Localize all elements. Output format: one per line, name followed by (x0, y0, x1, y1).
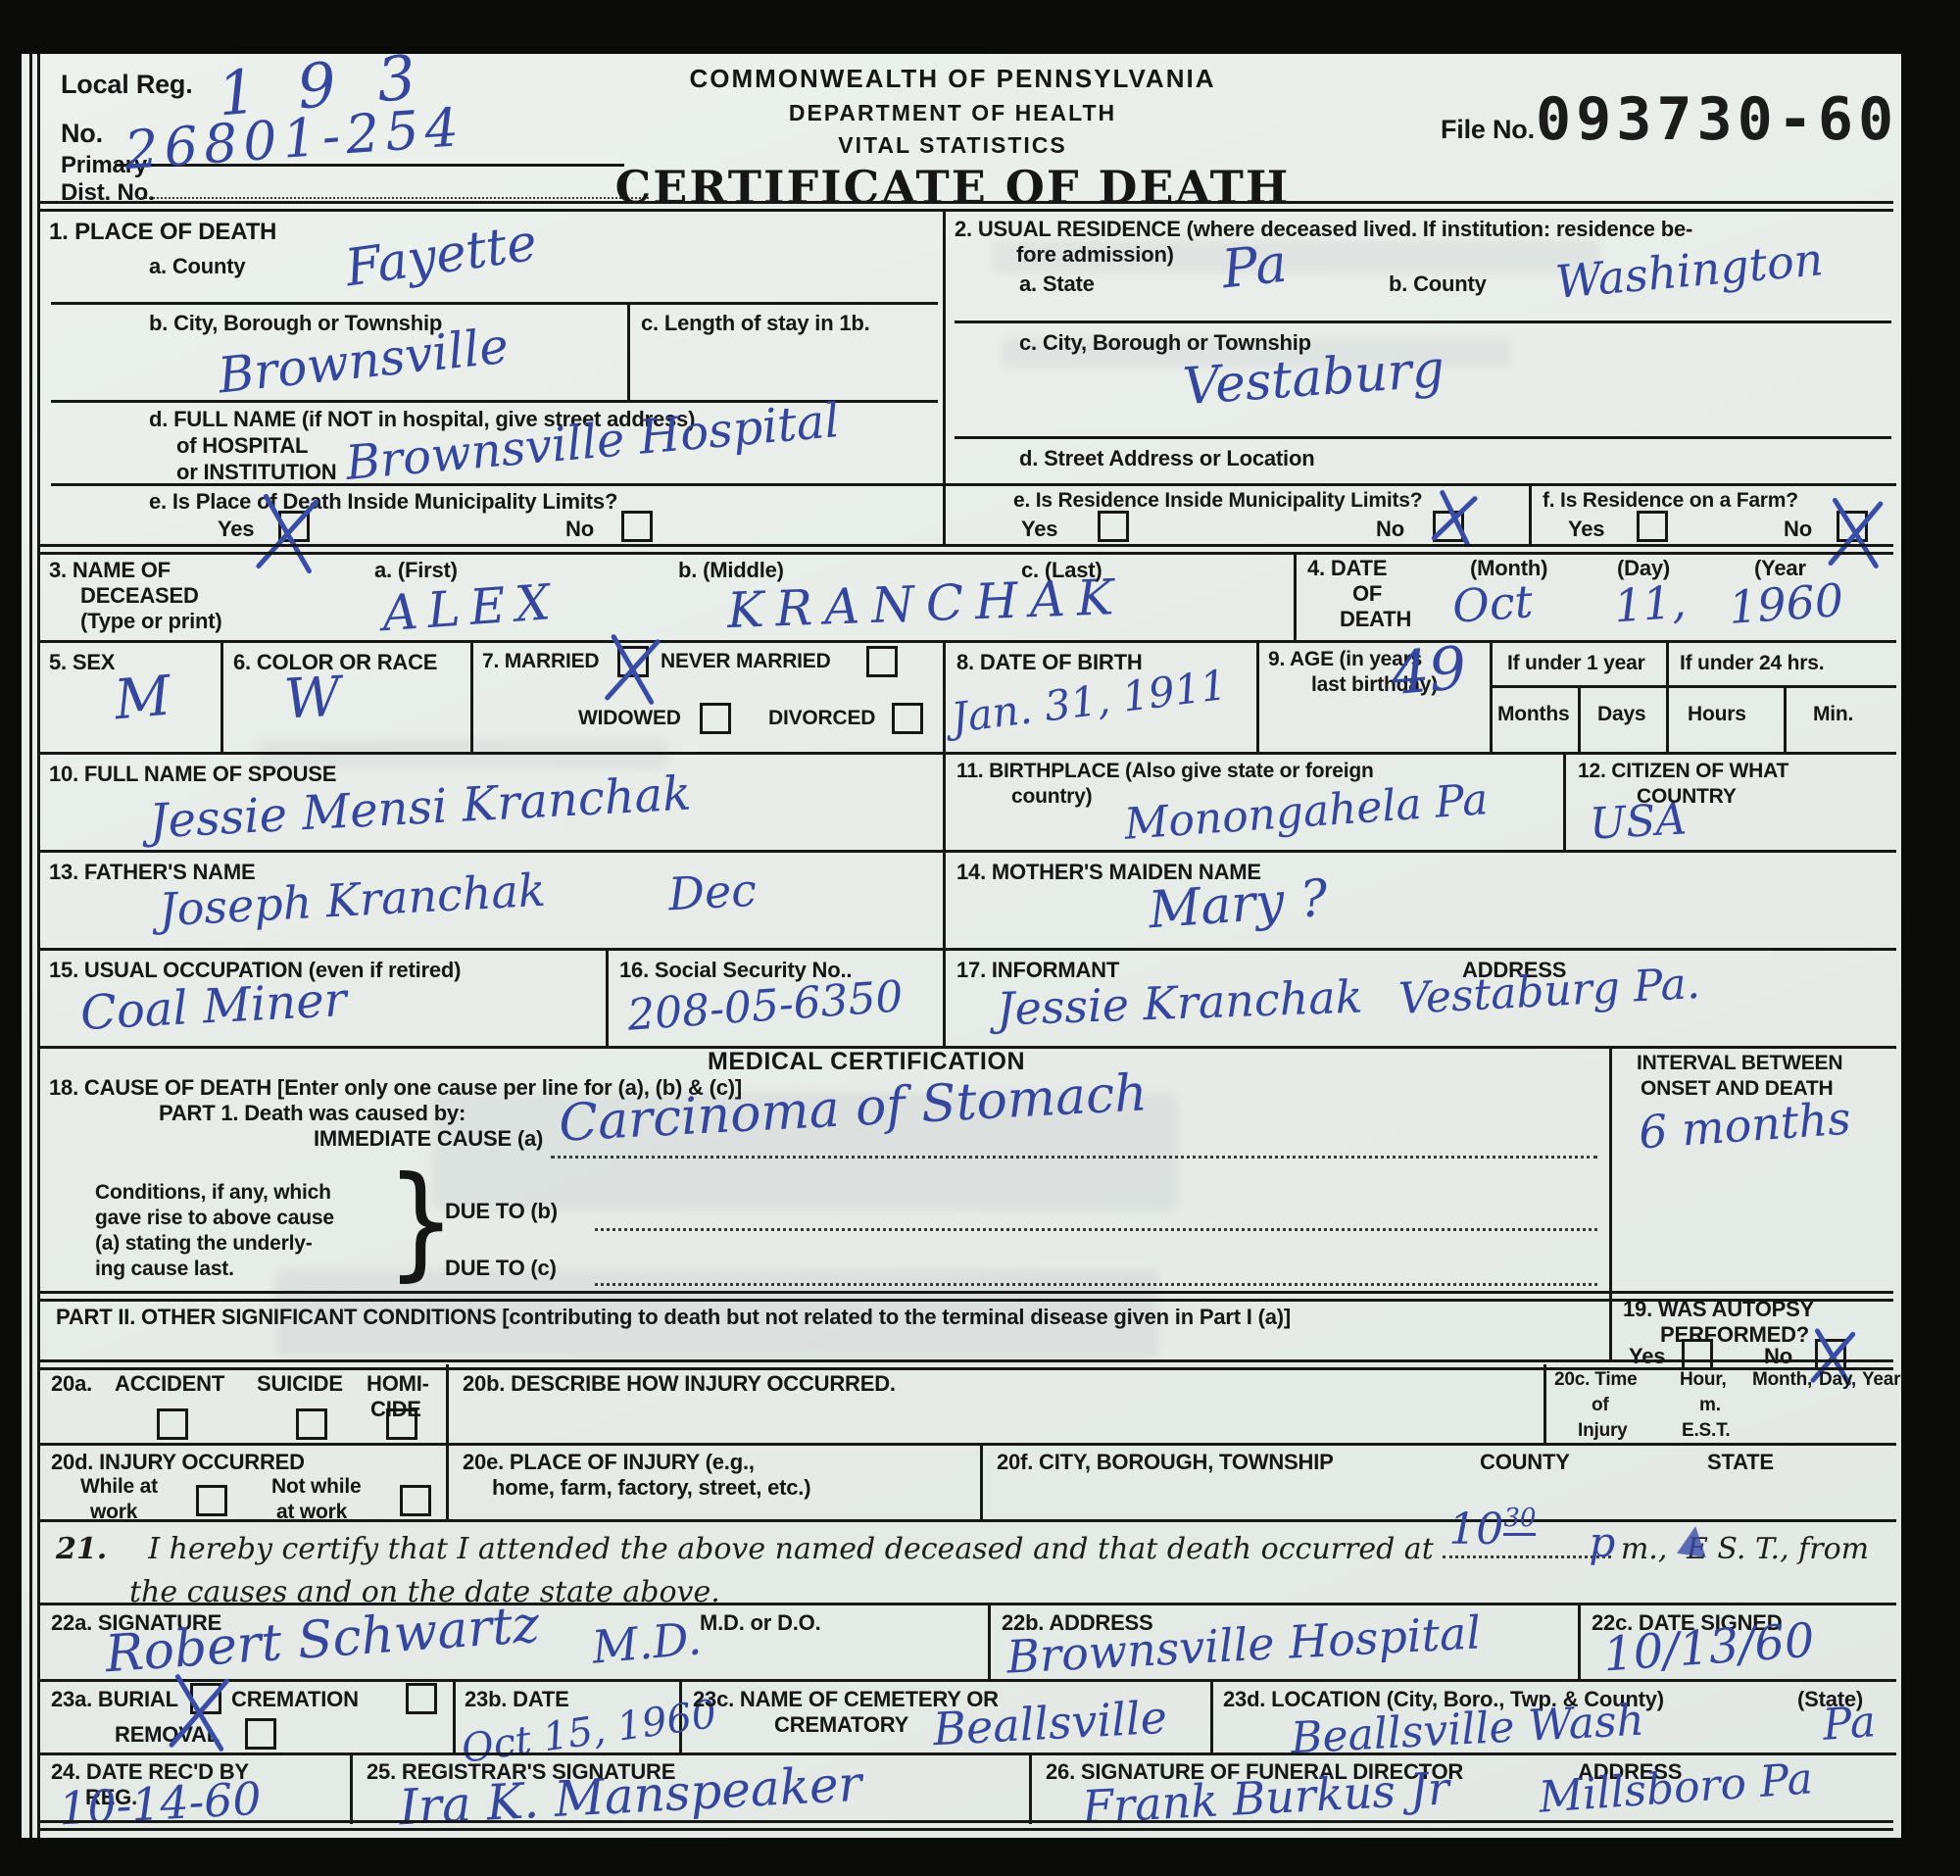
county-label: a. County (149, 254, 245, 279)
spouse-name-label: 10. FULL NAME OF SPOUSE (49, 762, 336, 787)
state-value: Pa (1219, 237, 1289, 297)
grid-line (470, 640, 473, 752)
hospital-name-label3: or INSTITUTION (176, 460, 336, 485)
file-no-value: 093730-60 (1536, 85, 1898, 154)
middle-name-header: b. (Middle) (678, 558, 784, 583)
year-label: Year (1862, 1369, 1900, 1391)
informant-value: Jessie Kranchak (996, 973, 1363, 1031)
state-label: a. State (1019, 272, 1095, 297)
section-rule (39, 544, 1893, 555)
suicide-label: SUICIDE (257, 1371, 343, 1397)
immediate-cause-label: IMMEDIATE CAUSE (a) (314, 1126, 543, 1152)
divorced-checkbox (892, 703, 923, 734)
grid-line (220, 640, 223, 752)
age-value: 49 (1390, 639, 1469, 704)
first-name-header: a. (First) (374, 558, 458, 583)
yes-label: Yes (1021, 517, 1057, 542)
grid-line (39, 1443, 1896, 1446)
citizen-label: 12. CITIZEN OF WHAT (1578, 760, 1788, 783)
citizen-value: USA (1589, 798, 1688, 846)
header-rule (39, 201, 1893, 212)
yes-label: Yes (1568, 517, 1604, 542)
date-of-birth-value: Jan. 31, 1911 (949, 665, 1229, 739)
grid-line (980, 1443, 983, 1519)
certify-text: I hereby certify that I attended the abo… (148, 1532, 1434, 1566)
part1-label: PART 1. Death was caused by: (159, 1101, 465, 1126)
immediate-cause-line (551, 1156, 1597, 1159)
date-of-death-label3: DEATH (1340, 607, 1411, 632)
never-married-checkbox (866, 646, 898, 677)
under-1-year-header: If under 1 year (1507, 652, 1645, 675)
birthplace-label: 11. BIRTHPLACE (Also give state or forei… (956, 760, 1374, 783)
grid-line (1490, 685, 1896, 688)
grid-line (1543, 1364, 1546, 1443)
grid-line (39, 640, 1896, 643)
accident-row-num: 20a. (51, 1371, 92, 1397)
handwritten-x-mark (257, 489, 317, 578)
conditions-label3: (a) stating the underly- (95, 1232, 313, 1256)
grid-line (1609, 1046, 1612, 1359)
injury-state-label: STATE (1707, 1450, 1774, 1475)
grid-line (1666, 640, 1669, 752)
death-day-value: 11, (1612, 579, 1687, 629)
section-divider (943, 209, 946, 544)
not-while-at-work-checkbox (400, 1485, 431, 1516)
death-time-blank: 1030p (1443, 1550, 1611, 1558)
residence-county-label: b. County (1389, 272, 1487, 297)
widowed-checkbox (700, 703, 731, 734)
grid-line (943, 948, 946, 1046)
no-checkbox (621, 511, 653, 542)
grid-line (39, 1753, 1896, 1755)
color-or-race-value: W (283, 670, 342, 728)
occupation-value: Coal Miner (79, 976, 348, 1037)
mothers-maiden-name-value: Mary ? (1147, 873, 1329, 937)
grid-line (51, 302, 938, 305)
never-married-label: NEVER MARRIED (661, 650, 831, 673)
street-address-label: d. Street Address or Location (1019, 446, 1314, 471)
due-to-c-line (595, 1283, 1597, 1286)
usual-residence-title: 2. USUAL RESIDENCE (where deceased lived… (955, 217, 1692, 242)
part2-label: PART II. OTHER SIGNIFICANT CONDITIONS [c… (56, 1305, 1291, 1330)
header-center: COMMONWEALTH OF PENNSYLVANIA DEPARTMENT … (610, 64, 1296, 214)
length-of-stay-label: c. Length of stay in 1b. (641, 311, 870, 336)
no-label: No (1376, 517, 1404, 542)
while-at-work-checkbox (196, 1485, 227, 1516)
cemetery-name-label2: CREMATORY (774, 1712, 908, 1738)
scanned-death-certificate: { "ink_color": "#35479c", "paper_color":… (0, 0, 1960, 1876)
last-name-value: KRANCHAK (726, 572, 1126, 635)
local-reg-label: Local Reg. (61, 70, 193, 100)
certify-est: S. T., from (1717, 1532, 1869, 1566)
handwritten-x-mark (1428, 486, 1478, 549)
place-of-injury-label2: home, farm, factory, street, etc.) (492, 1475, 810, 1501)
conditions-label2: gave rise to above cause (95, 1207, 334, 1230)
not-while-label: Not while (271, 1475, 362, 1499)
grid-line (1490, 640, 1493, 752)
married-label: 7. MARRIED (482, 650, 599, 673)
md-value: M.D. (590, 1615, 703, 1670)
grid-line (446, 1364, 449, 1443)
burial-label: 23a. BURIAL (51, 1687, 178, 1712)
no-label: No (565, 517, 594, 542)
while-at-label: While at (80, 1475, 158, 1499)
dist-no-line (137, 197, 649, 199)
interval-header: INTERVAL BETWEEN (1637, 1052, 1842, 1075)
handwritten-est-mark (1677, 1524, 1710, 1557)
day-label: Day, (1819, 1369, 1856, 1391)
min-header: Min. (1813, 703, 1853, 726)
grid-line (39, 1679, 1896, 1682)
yes-checkbox (1637, 511, 1668, 542)
grid-line (988, 1603, 991, 1679)
fathers-name-dec: Dec (667, 867, 758, 917)
due-to-b-line (595, 1228, 1597, 1231)
informant-address-value: Vestaburg Pa. (1397, 963, 1701, 1021)
death-year-value: 1960 (1728, 577, 1845, 630)
under-24-hrs-header: If under 24 hrs. (1680, 652, 1824, 675)
death-time-p: p (1589, 1518, 1615, 1566)
grid-line (1563, 752, 1566, 850)
sex-value: M (113, 669, 173, 729)
name-of-deceased-label2: DECEASED (80, 583, 199, 609)
divorced-label: DIVORCED (768, 707, 875, 730)
grid-line (1529, 483, 1532, 544)
time-of-injury-label: 20c. Time (1554, 1369, 1637, 1391)
grid-line (955, 321, 1891, 323)
month-label: Month, (1752, 1369, 1812, 1391)
name-of-deceased-label: 3. NAME OF (49, 558, 171, 583)
grid-line (943, 483, 1896, 486)
handwritten-x-mark (604, 630, 659, 710)
time-of-injury-label2: of (1592, 1395, 1609, 1416)
md-do-label: M.D. or D.O. (700, 1610, 821, 1636)
months-header: Months (1497, 703, 1569, 726)
interval-value: 6 months (1638, 1096, 1852, 1156)
grid-line (1256, 640, 1259, 752)
border-line (29, 54, 32, 1838)
birthplace-value: Monongahela Pa (1123, 778, 1490, 847)
death-time-value: 1030 (1448, 1505, 1536, 1555)
grid-line (51, 483, 943, 486)
department-line: DEPARTMENT OF HEALTH (610, 100, 1296, 126)
ssn-value: 208-05-6350 (626, 975, 905, 1038)
date-of-birth-label: 8. DATE OF BIRTH (956, 650, 1143, 675)
grid-line (39, 752, 1896, 755)
burial-date-label: 23b. DATE (465, 1687, 569, 1712)
cremation-checkbox (406, 1683, 437, 1714)
hours-header: Hours (1688, 703, 1746, 726)
vital-statistics-line: VITAL STATISTICS (610, 132, 1296, 159)
place-of-death-title: 1. PLACE OF DEATH (49, 219, 276, 246)
death-month-value: Oct (1450, 578, 1534, 629)
grid-line (943, 850, 946, 948)
widowed-label: WIDOWED (578, 707, 681, 730)
hospital-name-label2: of HOSPITAL (176, 433, 308, 459)
residence-municipality-label: e. Is Residence Inside Municipality Limi… (1013, 489, 1422, 513)
grid-line (943, 640, 946, 752)
cemetery-name-value: Beallsville (932, 1695, 1168, 1752)
due-to-c-label: DUE TO (c) (445, 1256, 557, 1281)
grid-line (1578, 1603, 1581, 1679)
describe-injury-label: 20b. DESCRIBE HOW INJURY OCCURRED. (463, 1371, 896, 1397)
certify-number: 21. (56, 1532, 107, 1566)
type-or-print-label: (Type or print) (80, 609, 221, 634)
grid-line (955, 436, 1891, 439)
yes-checkbox (1098, 511, 1129, 542)
due-to-b-label: DUE TO (b) (445, 1199, 558, 1224)
injury-city-label: 20f. CITY, BOROUGH, TOWNSHIP (997, 1450, 1334, 1475)
birthplace-label2: country) (1011, 785, 1092, 809)
commonwealth-line: COMMONWEALTH OF PENNSYLVANIA (610, 64, 1296, 94)
yes-label: Yes (218, 517, 254, 542)
file-no-label: File No. (1441, 115, 1535, 145)
first-name-value: ALEX (380, 577, 561, 639)
removal-checkbox (245, 1718, 276, 1750)
grid-line (1578, 685, 1581, 752)
handwritten-x-mark (167, 1669, 228, 1756)
conditions-label1: Conditions, if any, which (95, 1181, 331, 1205)
residence-farm-label: f. Is Residence on a Farm? (1543, 489, 1798, 513)
grid-line (1784, 685, 1787, 752)
grid-line (627, 302, 630, 400)
est-label: E.S.T. (1682, 1420, 1730, 1442)
injury-occurred-label: 20d. INJURY OCCURRED (51, 1450, 305, 1475)
grid-line (1029, 1753, 1032, 1824)
certify-m: m., (1621, 1532, 1668, 1566)
m-label: m. (1699, 1395, 1721, 1416)
part2-rule (39, 1291, 1893, 1302)
hour-label: Hour, (1680, 1369, 1727, 1391)
date-signed-value: 10/13/60 (1602, 1617, 1816, 1679)
grid-line (606, 948, 609, 1046)
grid-line (39, 1519, 1896, 1522)
injury-county-label: COUNTY (1480, 1450, 1570, 1475)
grid-line (39, 948, 1896, 951)
days-header: Days (1597, 703, 1645, 726)
grid-line (1294, 552, 1297, 640)
bottom-rule (39, 1820, 1893, 1831)
handwritten-x-mark (1828, 493, 1880, 572)
homicide-checkbox (386, 1408, 417, 1440)
place-of-injury-label: 20e. PLACE OF INJURY (e.g., (463, 1450, 755, 1475)
conditions-label4: ing cause last. (95, 1258, 234, 1281)
usual-residence-title2: fore admission) (1016, 242, 1174, 268)
certify-statement: 21.I hereby certify that I attended the … (56, 1532, 1879, 1566)
accident-checkbox (157, 1408, 188, 1440)
grid-line (943, 752, 946, 850)
suicide-checkbox (296, 1408, 327, 1440)
grid-line (39, 1603, 1896, 1605)
cemetery-location-state-value: Pa (1822, 1701, 1878, 1748)
grid-line (446, 1443, 449, 1519)
no-label: No. (61, 119, 103, 149)
county-value: Fayette (342, 218, 540, 295)
grid-line (453, 1679, 456, 1753)
time-of-injury-label3: Injury (1578, 1420, 1628, 1442)
certificate-paper: Local Reg. No. 193 Primary Dist. No. 268… (22, 54, 1901, 1838)
grid-line (1210, 1679, 1213, 1753)
municipality-limits-label: e. Is Place of Death Inside Municipality… (149, 489, 617, 515)
sex-label: 5. SEX (49, 650, 115, 675)
cremation-label: CREMATION (231, 1687, 359, 1712)
border-line (37, 54, 40, 1838)
grid-line (350, 1753, 353, 1824)
accident-label: ACCIDENT (115, 1371, 224, 1397)
date-of-death-label: 4. DATE (1307, 556, 1387, 581)
grid-line (39, 850, 1896, 853)
no-label: No (1784, 517, 1812, 542)
autopsy-label: 19. WAS AUTOPSY (1623, 1297, 1814, 1322)
date-of-death-label2: OF (1352, 581, 1382, 607)
homicide-label: HOMI- (367, 1371, 429, 1397)
est-wrap: E (1687, 1532, 1708, 1566)
